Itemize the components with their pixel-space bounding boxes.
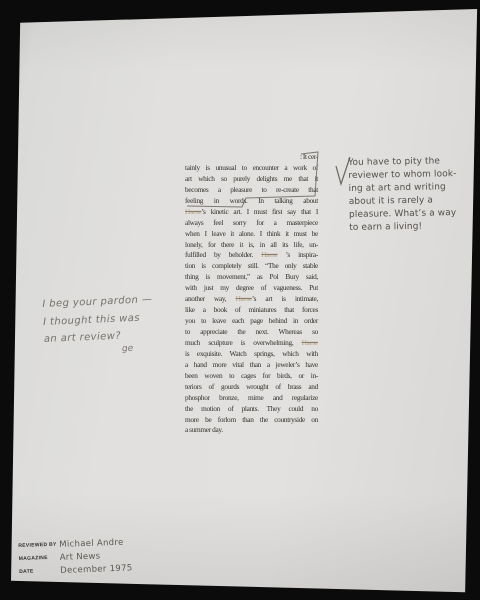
typed-line: lonely, for there it is, in all its life… — [185, 240, 318, 251]
typed-line: art which so purely delights me that it — [185, 174, 318, 185]
typed-line: when I leave it alone. I think it must b… — [185, 229, 318, 240]
typed-line: like a book of miniatures that forces — [185, 305, 318, 316]
typed-line: tainly is unusual to encounter a work of — [185, 163, 318, 174]
note-line: about it is rarely a — [349, 194, 471, 209]
typed-line: : It cer- — [185, 152, 318, 163]
typed-line: tion is completely still. “The only stab… — [185, 261, 318, 272]
note-line: ing at art and writing — [348, 181, 470, 196]
typed-line: with just my degree of vagueness. Put — [185, 283, 318, 294]
typed-line: feeling in words. In talking about — [185, 196, 318, 207]
typed-line: always feel sorry for a masterpiece — [185, 218, 318, 229]
stamp-label: DATE — [19, 568, 56, 575]
struck-word: Haese — [185, 207, 201, 216]
typed-line: thing is movement,” as Pol Bury said, — [185, 272, 318, 283]
note-line: to earn a living! — [349, 219, 471, 234]
note-line: I beg your pardon — — [42, 290, 183, 314]
typed-text-column: : It cer-tainly is unusual to encounter … — [185, 152, 318, 436]
reviewer-stamp: REVIEWED BY Michael Andre MAGAZINE Art N… — [18, 533, 133, 576]
typed-line: fulfilled by beholder. Haese ’s inspira- — [185, 250, 318, 261]
typed-line: been woven to cages for birds, or in- — [185, 371, 318, 382]
typed-line: more be forlorn than the countryside on — [185, 415, 318, 426]
margin-note-left: I beg your pardon —I thought this wasan … — [42, 290, 184, 349]
typed-line: phosphor bronze, mime and regularize — [185, 393, 318, 404]
typed-line: a summer day. — [185, 425, 318, 436]
margin-note-right: You have to pity thereviewer to whom loo… — [348, 155, 471, 235]
typed-line: teriors of gourds wrought of brass and — [185, 382, 318, 393]
typed-line: you to leave each page behind in order — [185, 316, 318, 327]
typed-line: the motion of plants. They could no — [185, 404, 318, 415]
note-line: an art review? — [44, 325, 185, 349]
stamp-value-date: December 1975 — [60, 563, 133, 576]
typed-line: is exquisite. Watch springs, which with — [185, 349, 318, 360]
typed-line: much sculpture is overwhelming, Haese — [185, 338, 318, 349]
manuscript-page: : It cer-tainly is unusual to encounter … — [0, 0, 480, 600]
note-line: You have to pity the — [348, 155, 470, 170]
typed-line: to appreciate the next. Whereas so — [185, 327, 318, 338]
struck-word: Haese — [302, 338, 318, 347]
note-line: pleasure. What’s a way — [349, 206, 471, 221]
typed-line: a hand more vital than a jeweler’s have — [185, 360, 318, 371]
stamp-row-date: DATE December 1975 — [19, 559, 133, 576]
annotator-initials: ge — [122, 344, 134, 355]
struck-word: Haese — [236, 294, 252, 303]
note-line: reviewer to whom look- — [348, 168, 470, 183]
photo-frame: { "photo": { "background_color": "#0b0b0… — [0, 0, 480, 600]
pencil-caret — [336, 157, 350, 184]
typed-line: Haese’s kinetic art. I must first say th… — [185, 207, 318, 218]
struck-word: Haese — [261, 250, 277, 259]
note-line: I thought this was — [43, 307, 184, 331]
typed-line: becomes a pleasure to re-create that — [185, 185, 318, 196]
typed-line: another way, Haese’s art is intimate, — [185, 294, 318, 305]
